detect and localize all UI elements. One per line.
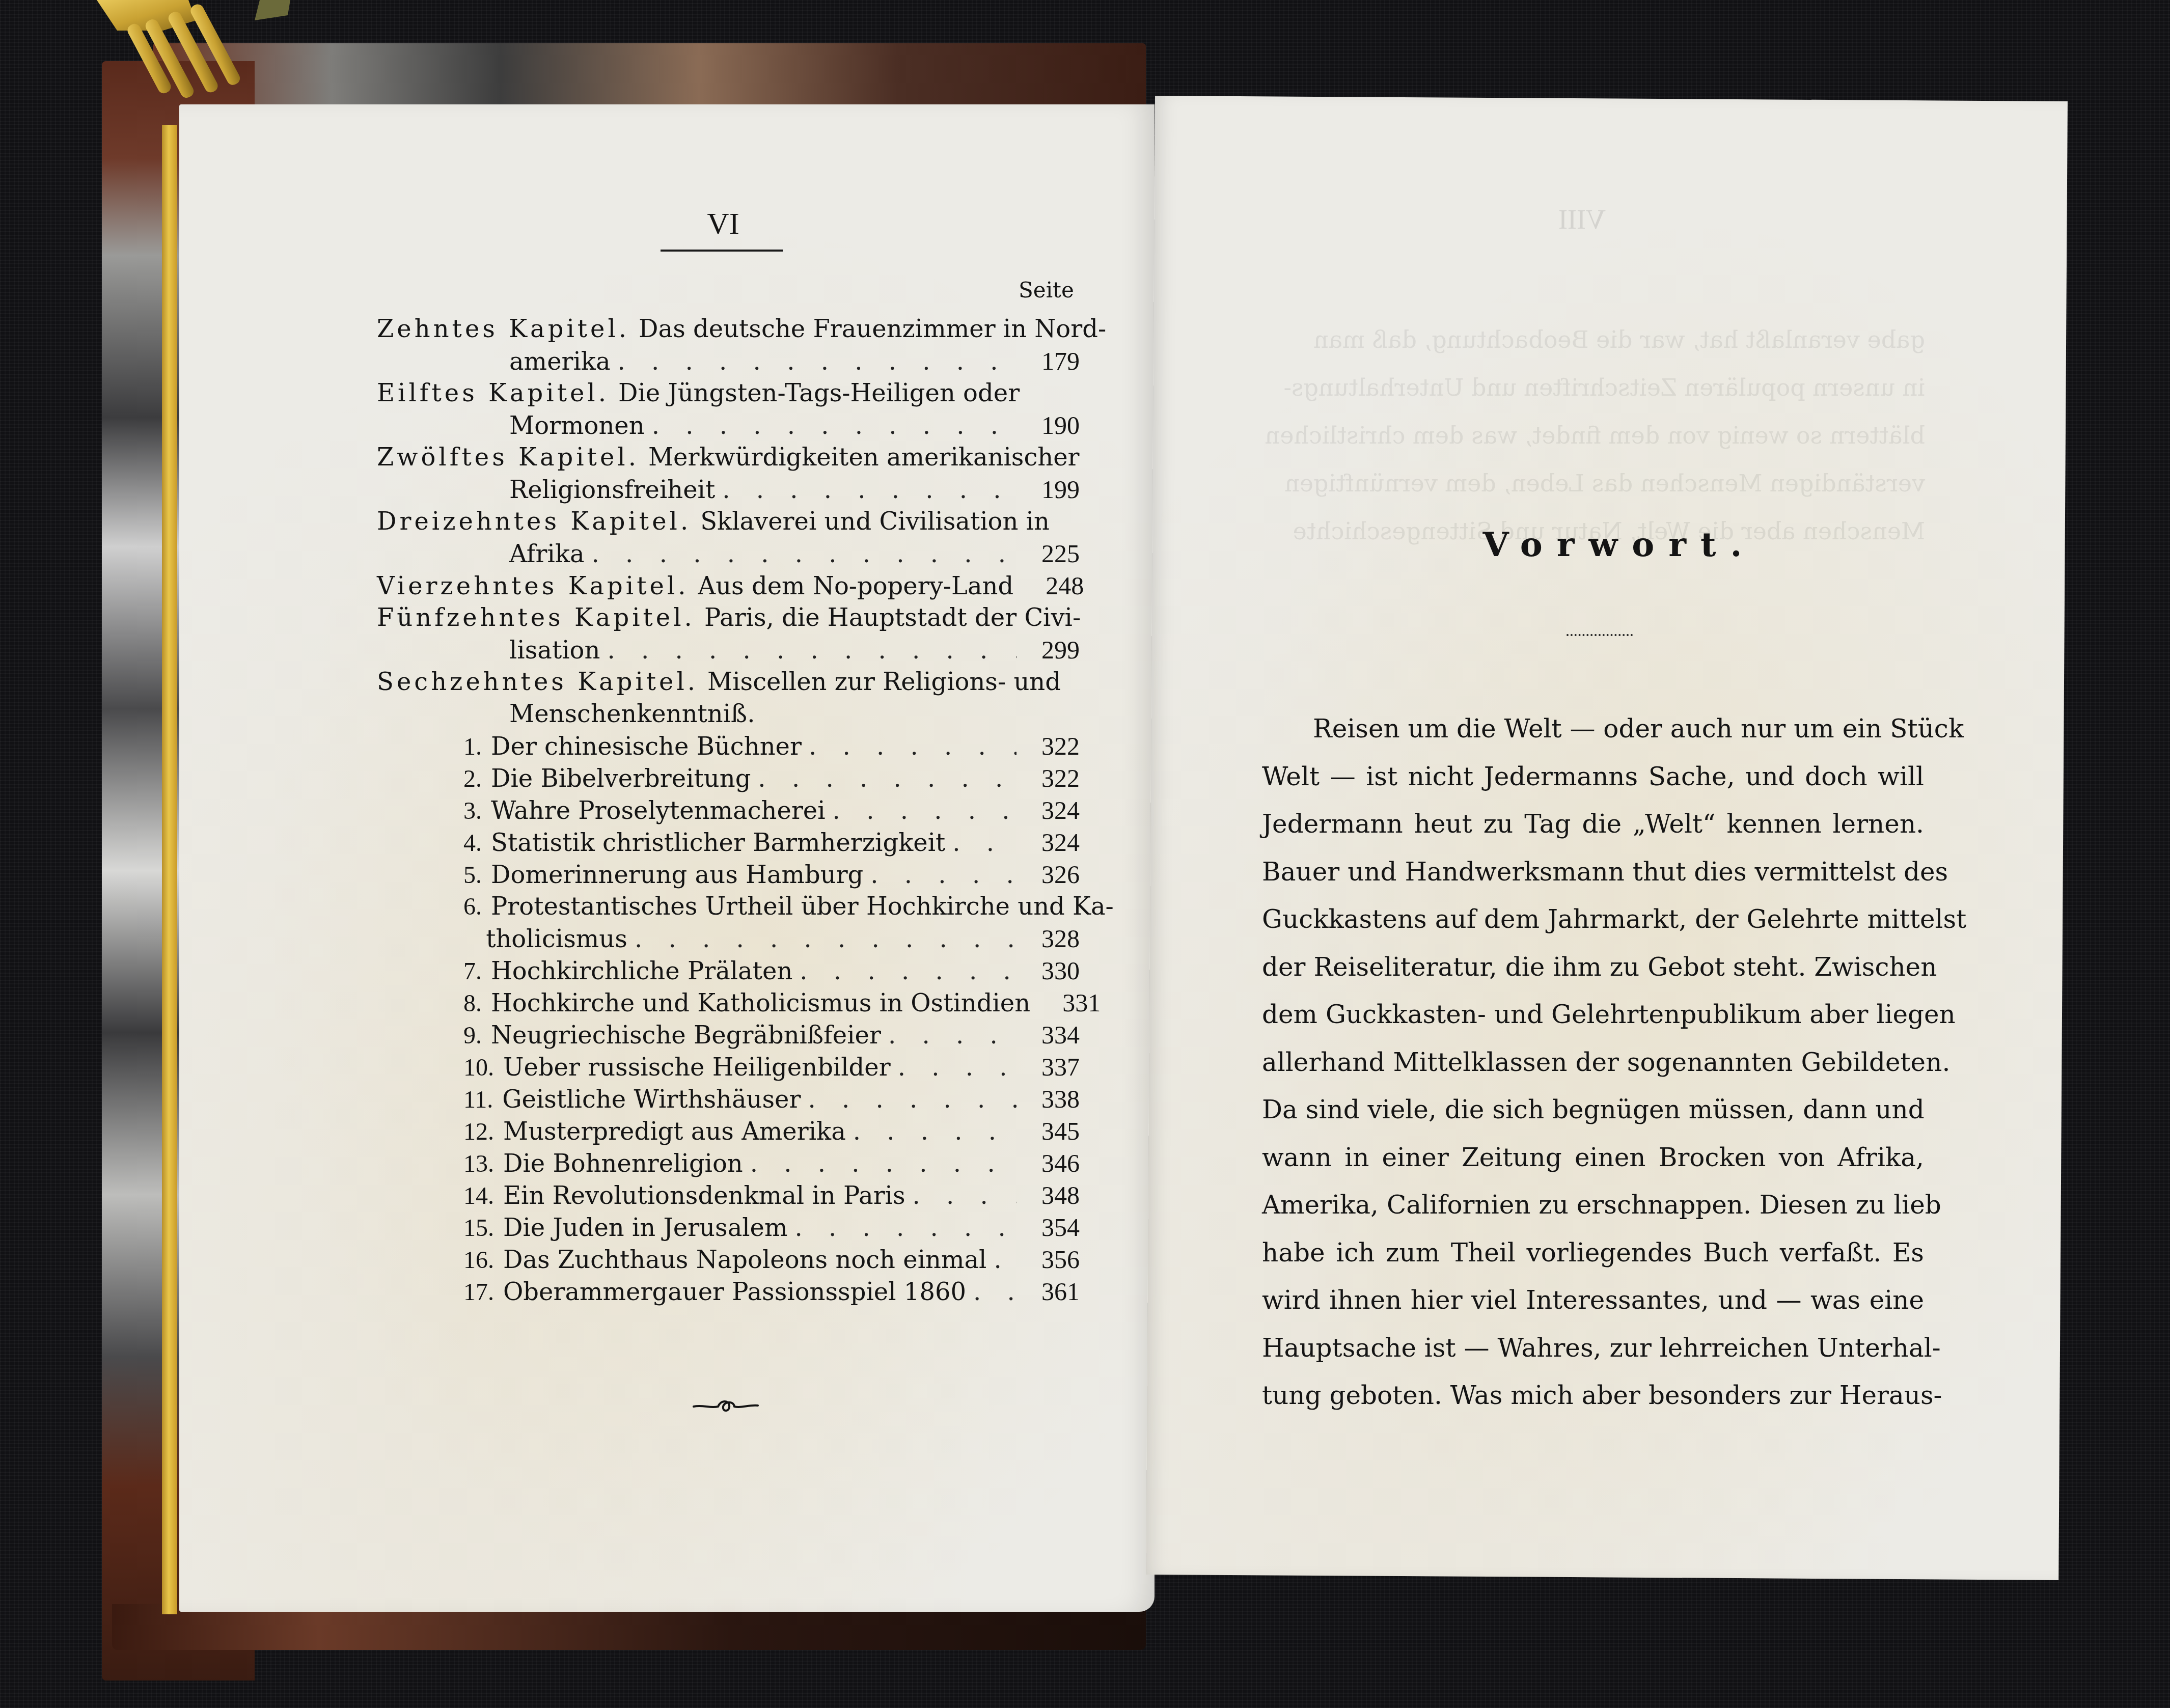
chapter-title: Das deutsche Frauenzimmer in Nord- <box>639 313 1106 345</box>
subentry-title: Protestantisches Urtheil über Hochkirche… <box>491 891 1114 923</box>
chapter-title-continuation: Afrika <box>509 538 585 570</box>
chapter-label: Zwölftes Kapitel. <box>377 442 639 474</box>
leader-dots <box>758 763 1017 795</box>
subentry-index: 14. <box>463 1180 494 1212</box>
page-number: 179 <box>1024 345 1080 377</box>
chapter-title-continuation: Mormonen <box>509 410 645 442</box>
text-line: Hauptsache ist — Wahres, zur lehrreichen… <box>1262 1325 1924 1372</box>
text-line: Reisen um die Welt — oder auch nur um ei… <box>1262 705 1924 753</box>
page-number: 324 <box>1024 794 1080 827</box>
subentry-title: Geistliche Wirthshäuser <box>502 1084 801 1116</box>
leader-dots <box>808 1084 1017 1116</box>
page-number: 331 <box>1045 987 1101 1019</box>
page-number: 322 <box>1024 730 1080 762</box>
gilt-page-edge <box>162 125 177 1614</box>
subentry-title: Domerinnerung aus Hamburg <box>491 859 863 891</box>
fleuron-icon <box>693 1395 759 1416</box>
toc-subentry[interactable]: 8.Hochkirche und Katholicismus in Ostind… <box>377 987 1080 1019</box>
page-number: 299 <box>1024 634 1080 666</box>
toc-subentry[interactable]: 11.Geistliche Wirthshäuser338 <box>377 1083 1080 1115</box>
toc-subentry[interactable]: 9.Neugriechische Begräbnißfeier334 <box>377 1019 1080 1051</box>
subentry-title: Hochkirche und Katholicismus in Ostindie… <box>491 987 1030 1020</box>
subentry-index: 10. <box>463 1052 494 1084</box>
page-number: 354 <box>1024 1211 1080 1244</box>
leader-dots <box>607 635 1017 667</box>
toc-subentry[interactable]: 3.Wahre Proselytenmacherei324 <box>377 794 1080 827</box>
toc-subentry-continuation[interactable]: tholicismus328 <box>377 923 1080 955</box>
page-number: 330 <box>1024 955 1080 987</box>
toc-subentry[interactable]: 10.Ueber russische Heiligenbilder337 <box>377 1051 1080 1083</box>
chapter-title-continuation: Menschenkenntniß. <box>509 698 755 730</box>
text-line: Welt — ist nicht Jedermanns Sache, und d… <box>1262 753 1924 801</box>
subentry-index: 16. <box>463 1244 494 1276</box>
toc-entry-chapter-13[interactable]: Dreizehntes Kapitel.Sklaverei und Civili… <box>377 506 1080 570</box>
subentry-title: Ueber russische Heiligenbilder <box>503 1052 891 1084</box>
subentry-index: 11. <box>463 1084 493 1116</box>
text-line: habe ich zum Theil vorliegendes Buch ver… <box>1262 1229 1924 1277</box>
page-number: 248 <box>1028 570 1084 602</box>
subentry-index: 3. <box>463 795 482 827</box>
chapter-title: Sklaverei und Civilisation in <box>700 506 1050 538</box>
chapter-label: Zehntes Kapitel. <box>377 313 629 345</box>
text-line: Guckkastens auf dem Jahrmarkt, der Geleh… <box>1262 896 1924 944</box>
leader-dots <box>833 795 1017 827</box>
subentry-title: Neugriechische Begräbnißfeier <box>491 1020 881 1052</box>
toc-subentry[interactable]: 16.Das Zuchthaus Napoleons noch einmal35… <box>377 1244 1080 1276</box>
page-number: 338 <box>1024 1083 1080 1115</box>
chapter-label: Vierzehntes Kapitel. <box>377 570 689 602</box>
chapter-title: Aus dem No-popery-Land <box>698 570 1014 602</box>
subentry-index: 9. <box>463 1020 482 1052</box>
chapter-title-continuation: Religionsfreiheit <box>509 474 715 506</box>
leader-dots <box>795 1212 1017 1244</box>
toc-subentry[interactable]: 7.Hochkirchliche Prälaten330 <box>377 955 1080 987</box>
page-number: 345 <box>1024 1115 1080 1147</box>
page-number: 361 <box>1024 1276 1080 1308</box>
text-line: Bauer und Handwerksmann thut dies vermit… <box>1262 848 1924 896</box>
text-line: wann in einer Zeitung einen Brocken von … <box>1262 1134 1924 1182</box>
subentry-index: 15. <box>463 1212 494 1244</box>
toc-subentry[interactable]: 5.Domerinnerung aus Hamburg326 <box>377 859 1080 891</box>
chapter-label: Sechzehntes Kapitel. <box>377 666 698 698</box>
subentry-index: 6. <box>463 891 482 923</box>
page-number: 190 <box>1024 409 1080 442</box>
leader-dots <box>809 731 1017 763</box>
leader-dots <box>913 1180 1017 1212</box>
bleed-through-text: gabe veranlaßt hat, war die Beobachtung,… <box>1263 316 1925 555</box>
page-number: 322 <box>1024 762 1080 794</box>
text-line: dem Guckkasten- und Gelehrtenpublikum ab… <box>1262 991 1924 1039</box>
chapter-title: Miscellen zur Religions- und <box>707 666 1061 698</box>
leader-dots <box>800 955 1017 987</box>
foreword-rule <box>1567 634 1633 636</box>
subentry-title: Hochkirchliche Prälaten <box>491 955 792 987</box>
text-line: Da sind viele, die sich begnügen müssen,… <box>1262 1086 1924 1134</box>
leader-dots <box>722 474 1017 506</box>
toc-entry-chapter-12[interactable]: Zwölftes Kapitel.Merkwürdigkeiten amerik… <box>377 442 1080 506</box>
leader-dots <box>952 827 1017 859</box>
text-line: allerhand Mittelklassen der sogenannten … <box>1262 1039 1924 1087</box>
subentry-title: Die Bohnenreligion <box>503 1148 743 1180</box>
page-number: 324 <box>1024 827 1080 859</box>
toc-subentry[interactable]: 12.Musterpredigt aus Amerika345 <box>377 1115 1080 1147</box>
toc-subentry[interactable]: 14.Ein Revolutionsdenkmal in Paris348 <box>377 1179 1080 1211</box>
text-line: Amerika, Californien zu erschnappen. Die… <box>1262 1181 1924 1229</box>
subentry-index: 13. <box>463 1148 494 1180</box>
leader-dots <box>973 1276 1017 1308</box>
page-number: 348 <box>1024 1179 1080 1211</box>
foreword-body: Reisen um die Welt — oder auch nur um ei… <box>1262 705 1924 1420</box>
leader-dots <box>750 1148 1017 1180</box>
toc-entry-chapter-15[interactable]: Fünfzehntes Kapitel.Paris, die Hauptstad… <box>377 602 1080 666</box>
toc-subentry[interactable]: 4.Statistik christlicher Barmherzigkeit3… <box>377 827 1080 859</box>
text-line: tung geboten. Was mich aber besonders zu… <box>1262 1372 1924 1420</box>
leader-dots <box>635 923 1017 955</box>
subentry-title-continuation: tholicismus <box>486 923 627 955</box>
subentry-index: 2. <box>463 763 482 795</box>
subentry-index: 17. <box>463 1276 494 1308</box>
toc-entry-chapter-11[interactable]: Eilftes Kapitel.Die Jüngsten-Tags-Heilig… <box>377 377 1080 442</box>
leader-dots <box>870 859 1017 891</box>
subentry-title: Ein Revolutionsdenkmal in Paris <box>503 1180 905 1212</box>
subentry-index: 4. <box>463 827 482 859</box>
page-number: 334 <box>1024 1019 1080 1051</box>
table-of-contents: Zehntes Kapitel.Das deutsche Frauenzimme… <box>377 313 1080 1308</box>
leader-dots <box>994 1244 1017 1276</box>
chapter-title-continuation: amerika <box>509 346 611 378</box>
subentry-title: Statistik christlicher Barmherzigkeit <box>491 827 945 859</box>
subentry-index: 12. <box>463 1116 494 1148</box>
page-number: 326 <box>1024 859 1080 891</box>
bleed-through-running-head: VIII <box>1558 204 1606 235</box>
subentry-title: Die Bibelverbreitung <box>491 763 751 795</box>
leader-dots <box>652 410 1017 442</box>
subentry-title: Wahre Proselytenmacherei <box>491 795 826 827</box>
brass-fork-page-holder-icon <box>87 0 300 132</box>
page-number: 346 <box>1024 1147 1080 1179</box>
page-number: 328 <box>1024 923 1080 955</box>
page-number: 356 <box>1024 1244 1080 1276</box>
chapter-label: Eilftes Kapitel. <box>377 377 609 409</box>
toc-subentry[interactable]: 17.Oberammergauer Passionsspiel 1860361 <box>377 1276 1080 1308</box>
toc-entry-chapter-10[interactable]: Zehntes Kapitel.Das deutsche Frauenzimme… <box>377 313 1080 377</box>
subentry-title: Oberammergauer Passionsspiel 1860 <box>503 1276 966 1308</box>
toc-subentry[interactable]: 15.Die Juden in Jerusalem354 <box>377 1211 1080 1244</box>
chapter-label: Dreizehntes Kapitel. <box>377 506 691 538</box>
chapter-title: Merkwürdigkeiten amerikanischer <box>648 442 1080 474</box>
text-line: Jedermann heut zu Tag die „Welt“ kennen … <box>1262 801 1924 848</box>
subentry-title: Das Zuchthaus Napoleons noch einmal <box>503 1244 986 1276</box>
page-number: 225 <box>1024 538 1080 570</box>
page-column-label: Seite <box>1019 278 1074 302</box>
toc-subentry[interactable]: 6.Protestantisches Urtheil über Hochkirc… <box>377 891 1080 923</box>
subentry-title: Musterpredigt aus Amerika <box>503 1116 846 1148</box>
toc-subentry[interactable]: 1.Der chinesische Büchner322 <box>377 730 1080 762</box>
running-head-rule <box>661 250 783 252</box>
toc-entry-chapter-16[interactable]: Sechzehntes Kapitel.Miscellen zur Religi… <box>377 666 1080 730</box>
book-cover-top-edge <box>153 43 1146 115</box>
toc-subentry[interactable]: 13.Die Bohnenreligion346 <box>377 1147 1080 1179</box>
subentry-title: Die Juden in Jerusalem <box>503 1212 788 1244</box>
subentry-index: 5. <box>463 859 482 891</box>
leader-dots <box>592 538 1017 570</box>
running-head-left: VI <box>637 206 810 241</box>
foreword-heading: Vorwort. <box>1467 525 1772 564</box>
subentry-index: 1. <box>463 731 482 763</box>
chapter-title: Die Jüngsten-Tags-Heiligen oder <box>618 377 1020 409</box>
page-number: 337 <box>1024 1051 1080 1083</box>
chapter-title-continuation: lisation <box>509 635 600 667</box>
leader-dots <box>898 1052 1017 1084</box>
chapter-label: Fünfzehntes Kapitel. <box>377 602 695 634</box>
leader-dots <box>618 346 1017 378</box>
subentry-title: Der chinesische Büchner <box>491 731 802 763</box>
toc-entry-chapter-14[interactable]: Vierzehntes Kapitel.Aus dem No-popery-La… <box>377 570 1080 602</box>
leader-dots <box>853 1116 1017 1148</box>
subentry-index: 7. <box>463 955 482 987</box>
leader-dots <box>888 1020 1017 1052</box>
chapter-title: Paris, die Hauptstadt der Civi- <box>704 602 1081 634</box>
text-line: wird ihnen hier viel Interessantes, und … <box>1262 1277 1924 1325</box>
text-line: der Reiseliteratur, die ihm zu Gebot ste… <box>1262 944 1924 991</box>
subentry-index: 8. <box>463 987 482 1020</box>
toc-subentry[interactable]: 2.Die Bibelverbreitung322 <box>377 762 1080 794</box>
page-number: 199 <box>1024 474 1080 506</box>
